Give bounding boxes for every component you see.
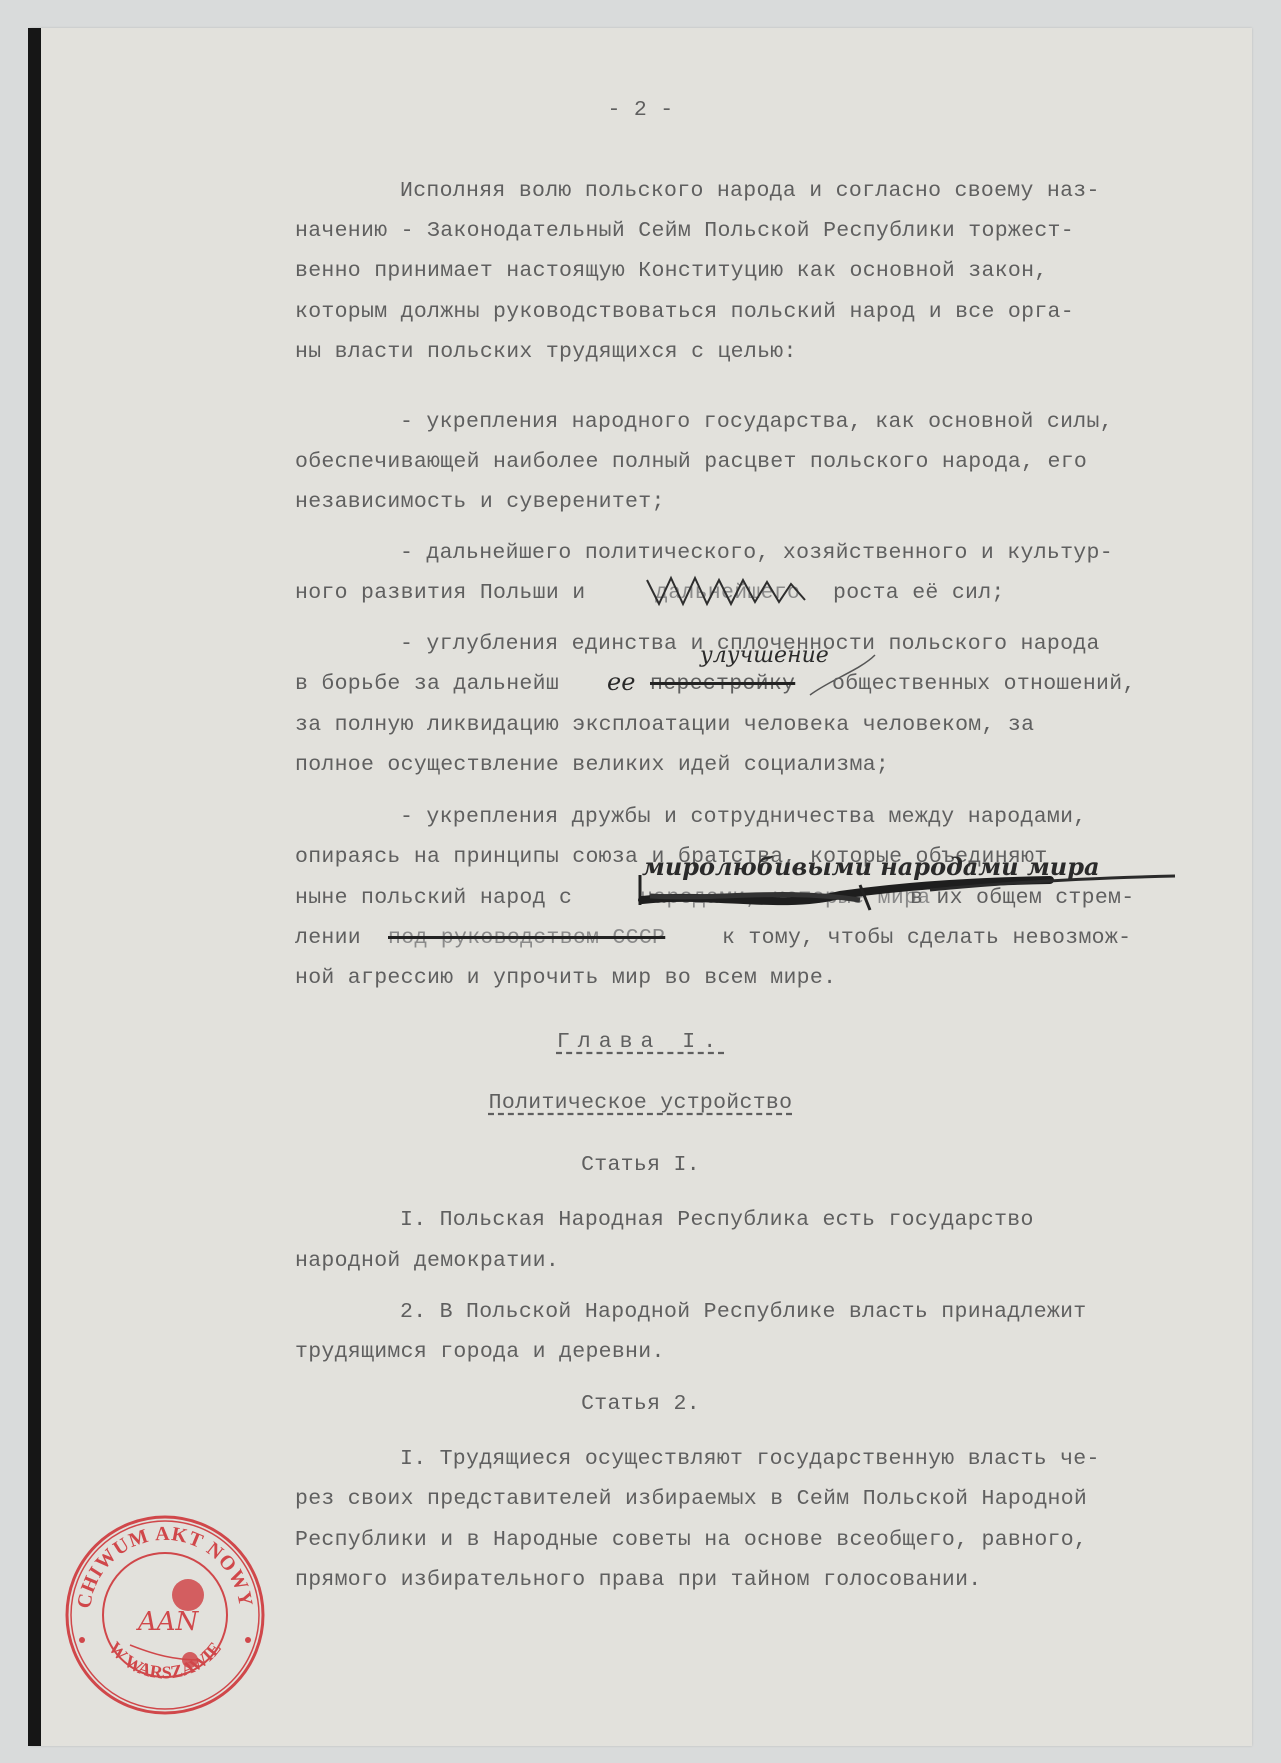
- goal-line: роста её сил;: [833, 581, 1005, 605]
- struck-word: перестройку: [650, 672, 795, 696]
- goal-line: - дальнейшего политического, хозяйственн…: [400, 541, 1113, 565]
- archive-stamp: ARCHIWUM AKT NOWYCH W WARSZAWIE AAN: [60, 1510, 270, 1720]
- goal-line: ной агрессию и упрочить мир во всем мире…: [295, 966, 836, 990]
- scribble-strikethrough: [645, 572, 820, 612]
- chapter-title: Глава I.: [0, 1030, 1281, 1054]
- handwritten-ending: ее: [607, 668, 635, 696]
- article-title: Статья I.: [0, 1153, 1281, 1177]
- preamble-line: венно принимает настоящую Конституцию ка…: [295, 259, 1048, 283]
- goal-line: лении: [295, 926, 361, 950]
- preamble-line: начению - Законодательный Сейм Польской …: [295, 219, 1074, 243]
- goal-line: полное осуществление великих идей социал…: [295, 753, 889, 777]
- goal-line: - укрепления народного государства, как …: [400, 410, 1113, 434]
- goal-line: ныне польский народ с: [295, 886, 572, 910]
- svg-text:W WARSZAWIE: W WARSZAWIE: [105, 1638, 225, 1683]
- goal-line: в борьбе за дальнейш: [295, 672, 559, 696]
- article-line: I. Трудящиеся осуществляют государственн…: [400, 1447, 1100, 1471]
- article-line: рез своих представителей избираемых в Се…: [295, 1487, 1087, 1511]
- goal-line: за полную ликвидацию эксплоатации челове…: [295, 713, 1034, 737]
- article-line: народной демократии.: [295, 1249, 559, 1273]
- goal-line: ного развития Польши и: [295, 581, 585, 605]
- article-line: трудящимся города и деревни.: [295, 1340, 665, 1364]
- goal-line: независимость и суверенитет;: [295, 490, 665, 514]
- article-title: Статья 2.: [0, 1392, 1281, 1416]
- goal-line: - укрепления дружбы и сотрудничества меж…: [400, 805, 1087, 829]
- goal-line: к тому, чтобы сделать невозмож-: [722, 926, 1131, 950]
- preamble-line: Исполняя волю польского народа и согласн…: [400, 179, 1100, 203]
- preamble-line: ны власти польских трудящихся с целью:: [295, 340, 797, 364]
- chapter-subtitle: Политическое устройство: [0, 1091, 1281, 1115]
- goal-line: общественных отношений,: [832, 672, 1136, 696]
- page-number: - 2 -: [0, 98, 1281, 122]
- goal-line: обеспечивающей наиболее полный расцвет п…: [295, 450, 1087, 474]
- handwritten-insert: миролюбивыми народами мира: [642, 852, 1100, 881]
- stamp-monogram: AAN: [136, 1607, 200, 1637]
- goal-line: в их общем стрем-: [910, 886, 1134, 910]
- preamble-line: которым должны руководствоваться польски…: [295, 300, 1074, 324]
- struck-phrase: под руководством СССР: [388, 926, 665, 950]
- article-line: прямого избирательного права при тайном …: [295, 1568, 982, 1592]
- article-line: Республики и в Народные советы на основе…: [295, 1528, 1087, 1552]
- article-line: I. Польская Народная Республика есть гос…: [400, 1208, 1034, 1232]
- article-line: 2. В Польской Народной Республике власть…: [400, 1300, 1087, 1324]
- stamp-bottom-text: W WARSZAWIE: [105, 1638, 225, 1683]
- binding-edge: [28, 28, 41, 1746]
